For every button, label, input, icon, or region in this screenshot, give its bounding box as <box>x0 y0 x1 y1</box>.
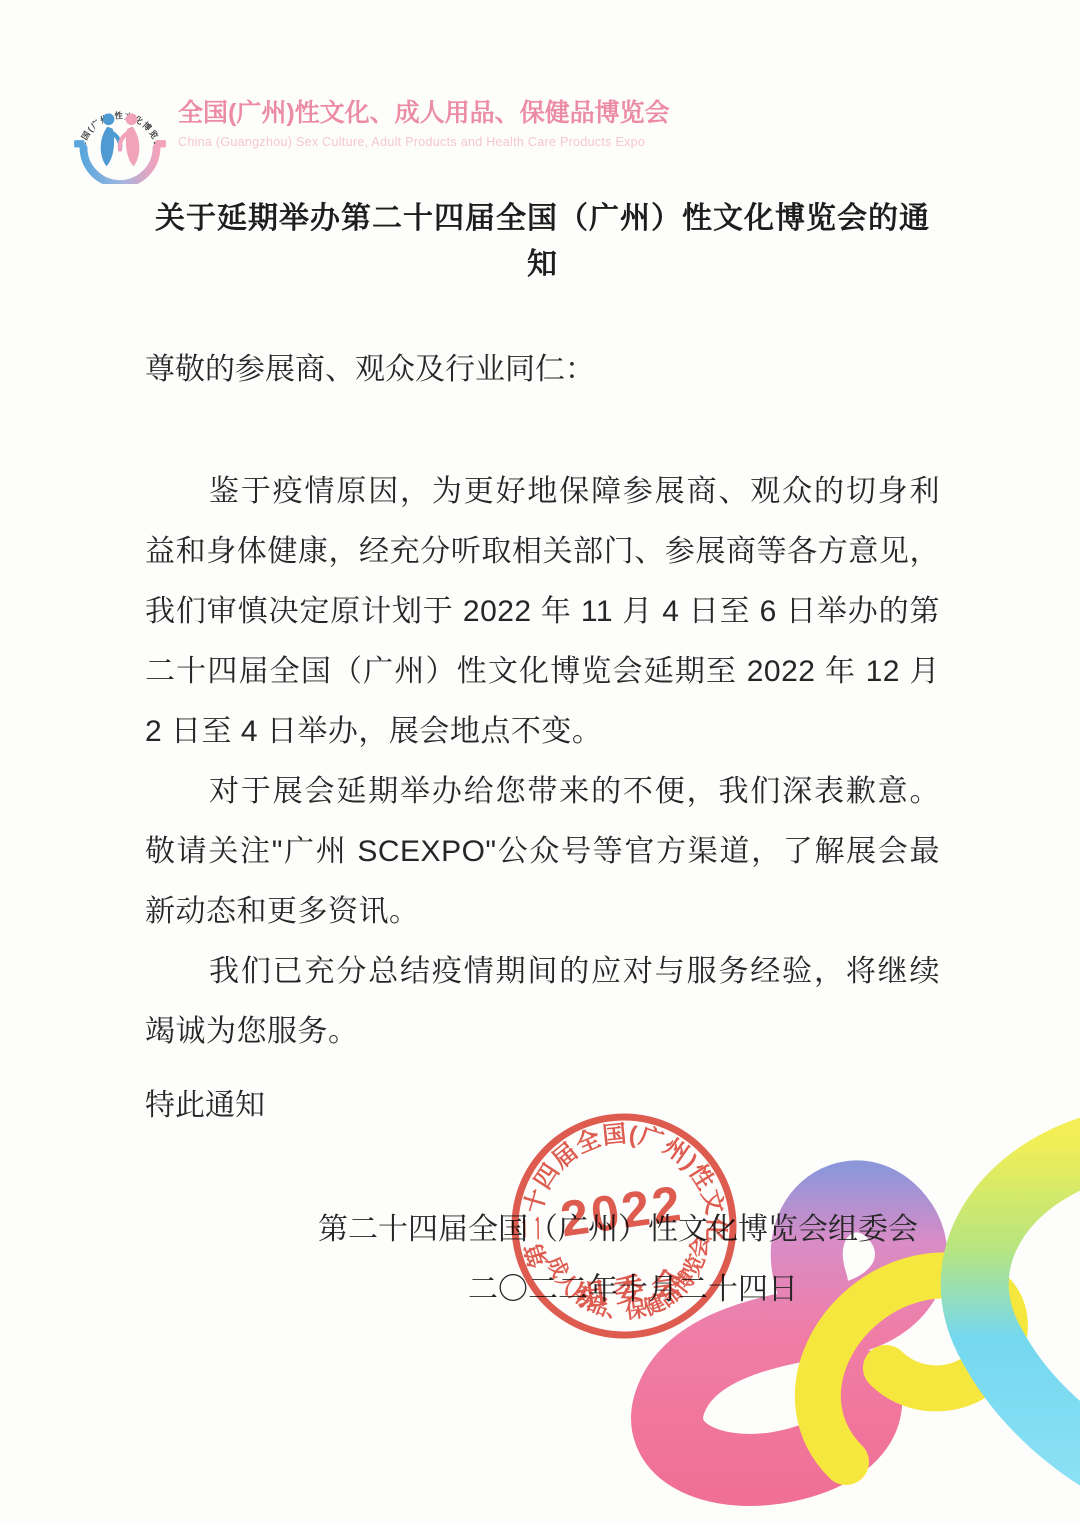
expo-logo-emblem: 全国(广州)性文化博览会 <box>72 88 168 184</box>
person-pink-icon <box>120 113 140 166</box>
emblem-left-tag <box>74 140 84 147</box>
salutation: 尊敬的参展商、观众及行业同仁： <box>145 340 940 400</box>
person-blue-icon <box>101 113 121 166</box>
notice-title: 关于延期举办第二十四届全国（广州）性文化博览会的通知 <box>145 196 940 288</box>
paragraph-1: 鉴于疫情原因，为更好地保障参展商、观众的切身利益和身体健康，经充分听取相关部门、… <box>145 462 940 762</box>
brand-header: 全国(广州)性文化博览会 全国(广州)性文化、成人用品、保健品博览会 China… <box>72 88 670 184</box>
emblem-bottom-arc <box>83 147 156 184</box>
brand-text-block: 全国(广州)性文化、成人用品、保健品博览会 China (Guangzhou) … <box>178 88 670 149</box>
scanned-notice-page: 全国(广州)性文化博览会 全国(广州)性文化、成人用品、保健品博览会 China… <box>0 0 1080 1523</box>
stamp-year: 2022 <box>557 1175 687 1248</box>
decor-ribbon <box>975 1144 1080 1478</box>
brand-title-cn: 全国(广州)性文化、成人用品、保健品博览会 <box>178 98 670 128</box>
official-stamp: 第二十四届全国(广州)性文化 2022 成人用品、保健品博览会 组委会 <box>498 1096 750 1358</box>
paragraph-3: 我们已充分总结疫情期间的应对与服务经验，将继续竭诚为您服务。 <box>145 942 940 1062</box>
paragraph-2: 对于展会延期举办给您带来的不便，我们深表歉意。敬请关注"广州 SCEXPO"公众… <box>145 762 940 942</box>
emblem-right-tag <box>155 140 165 147</box>
brand-subtitle-en: China (Guangzhou) Sex Culture, Adult Pro… <box>178 135 670 149</box>
